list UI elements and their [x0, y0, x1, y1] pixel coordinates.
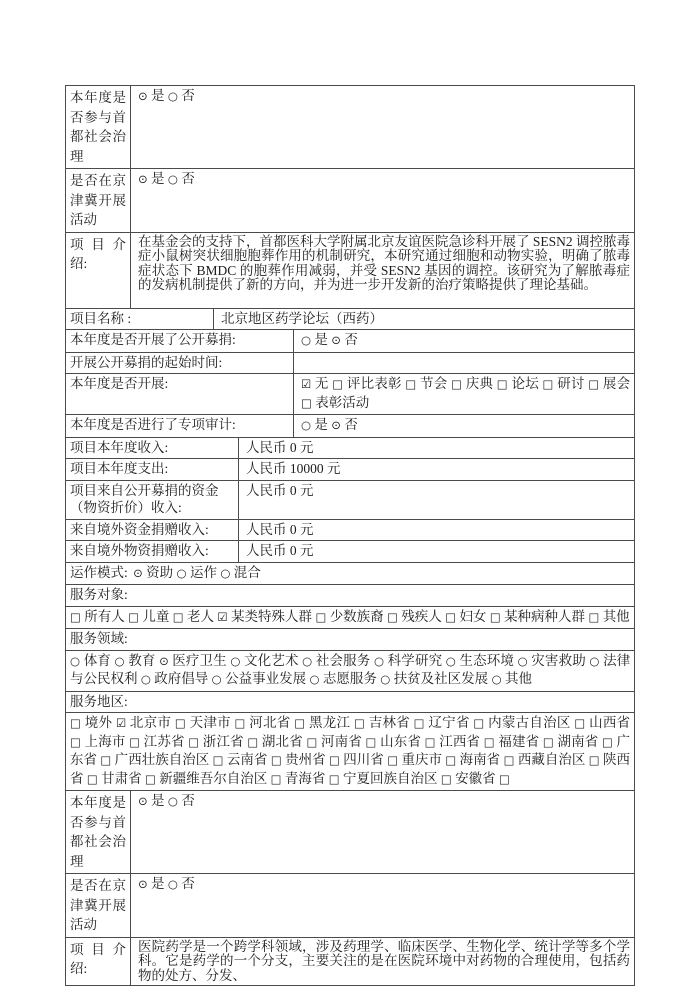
annual-expenditure-label: 项目本年度支出:	[66, 459, 239, 480]
capital-governance-1-option-1[interactable]: ○ 否	[168, 88, 195, 103]
radio-unselected-icon[interactable]: ○	[301, 418, 311, 432]
radio-unselected-icon[interactable]: ○	[374, 654, 384, 668]
project-name-value: 北京地区药学论坛（西药）	[214, 309, 634, 330]
radio-unselected-icon[interactable]: ○	[518, 654, 528, 668]
table-row-capital-governance-1: 本年度是否参与首都社会治理 ⊙ 是 ○ 否	[66, 86, 634, 168]
capital-governance-1-option-label-1: 否	[178, 88, 195, 103]
checkbox-unchecked-icon[interactable]: □	[271, 753, 282, 767]
jingjinji-activity-1-option-0[interactable]: ⊙ 是	[138, 171, 165, 186]
service-area-options-option-label-14: 山东省	[377, 734, 422, 749]
jingjinji-activity-2-label: 是否在京津冀开展活动	[66, 874, 131, 937]
table-row-overseas-fund-donation: 来自境外资金捐赠收入:人民币 0 元	[66, 519, 634, 541]
annual-income-label: 项目本年度收入:	[66, 438, 239, 459]
jingjinji-activity-1-option-label-0: 是	[148, 171, 165, 186]
public-fundraising-option-1[interactable]: ⊙ 否	[331, 332, 358, 347]
capital-governance-1-value: ⊙ 是 ○ 否	[131, 86, 634, 168]
service-field-options-option-label-10: 公益事业发展	[222, 671, 306, 686]
service-target-options-option-0[interactable]: □ 所有人	[70, 609, 125, 624]
service-target-label-cell: 服务对象:	[66, 585, 634, 606]
service-target-options-option-label-3: 某类特殊人群	[228, 609, 312, 624]
checkbox-unchecked-icon[interactable]: □	[70, 716, 81, 730]
service-area-options-option-label-11: 浙江省	[199, 734, 244, 749]
radio-selected-icon[interactable]: ⊙	[138, 172, 148, 186]
service-area-options-option-label-19: 广西壮族自治区	[111, 752, 209, 767]
service-target-options-option-4[interactable]: □ 少数族裔	[315, 609, 383, 624]
checkbox-unchecked-icon[interactable]: □	[445, 753, 456, 767]
annual-events-option-label-4: 论坛	[508, 376, 539, 391]
service-field-options-option-3[interactable]: ○ 文化艺术	[230, 653, 298, 668]
overseas-goods-donation-text: 人民币 0 元	[246, 543, 314, 558]
service-target-label-label: 服务对象:	[70, 587, 128, 602]
table-row-annual-income: 项目本年度收入:人民币 0 元	[66, 437, 634, 459]
service-field-options-option-5[interactable]: ○ 科学研究	[374, 653, 442, 668]
public-fundraising-option-label-0: 是	[311, 332, 328, 347]
special-audit-option-1[interactable]: ⊙ 否	[331, 417, 358, 432]
radio-unselected-icon[interactable]: ○	[177, 566, 187, 580]
service-area-options-option-label-27: 甘肃省	[98, 771, 142, 786]
checkbox-unchecked-icon[interactable]: □	[213, 753, 224, 767]
annual-income-value: 人民币 0 元	[239, 438, 634, 459]
checkbox-unchecked-icon[interactable]: □	[441, 772, 452, 786]
service-field-options-option-12[interactable]: ○ 扶贫及社区发展	[380, 671, 488, 686]
special-audit-label: 本年度是否进行了专项审计:	[66, 415, 294, 437]
annual-events-option-label-6: 展会	[599, 376, 630, 391]
annual-events-label: 本年度是否开展:	[66, 374, 294, 414]
service-target-options-option-label-7: 某种病种人群	[501, 609, 585, 624]
service-area-options-option-29[interactable]: □ 青海省	[271, 771, 326, 786]
checkbox-unchecked-icon[interactable]: □	[332, 377, 343, 391]
operation-mode-cell: 运作模式: ⊙ 资助 ○ 运作 ○ 混合	[66, 563, 634, 585]
service-area-label-label: 服务地区:	[70, 694, 128, 709]
checkbox-unchecked-icon[interactable]: □	[499, 772, 510, 786]
checkbox-checked-icon[interactable]: ☑	[217, 610, 227, 624]
service-area-options-cell: □ 境外 ☑ 北京市 □ 天津市 □ 河北省 □ 黑龙江 □ 吉林省 □ 辽宁省…	[66, 713, 634, 790]
radio-unselected-icon[interactable]: ○	[589, 654, 599, 668]
jingjinji-activity-2-option-0[interactable]: ⊙ 是	[138, 876, 165, 891]
service-field-options-option-7[interactable]: ○ 灾害救助	[518, 653, 586, 668]
service-field-options-option-label-6: 生态环境	[456, 653, 514, 668]
service-area-options-option-23[interactable]: □ 重庆市	[387, 752, 442, 767]
checkbox-checked-icon[interactable]: ☑	[301, 377, 311, 391]
checkbox-unchecked-icon[interactable]: □	[173, 610, 184, 624]
checkbox-unchecked-icon[interactable]: □	[445, 610, 456, 624]
radio-unselected-icon[interactable]: ○	[230, 654, 240, 668]
table-row-fundraising-start-time: 开展公开募捐的起始时间:	[66, 352, 634, 374]
service-field-options-option-label-7: 灾害救助	[528, 653, 586, 668]
checkbox-unchecked-icon[interactable]: □	[329, 753, 340, 767]
service-area-options-option-9[interactable]: □ 上海市	[70, 734, 126, 749]
overseas-fund-donation-value: 人民币 0 元	[239, 520, 634, 541]
checkbox-unchecked-icon[interactable]: □	[414, 716, 425, 730]
checkbox-unchecked-icon[interactable]: □	[473, 716, 484, 730]
service-field-options-option-13[interactable]: ○ 其他	[492, 671, 532, 686]
service-area-options-option-31[interactable]: □ 安徽省	[441, 771, 496, 786]
service-target-options-option-5[interactable]: □ 残疾人	[387, 609, 442, 624]
service-area-options-option-label-3: 河北省	[246, 715, 291, 730]
service-area-options-option-1[interactable]: ☑ 北京市	[116, 715, 171, 730]
radio-unselected-icon[interactable]: ○	[212, 672, 222, 686]
annual-events-option-1[interactable]: □ 评比表彰	[332, 376, 402, 391]
checkbox-unchecked-icon[interactable]: □	[543, 377, 554, 391]
annual-events-option-7[interactable]: □ 表彰活动	[301, 395, 369, 410]
service-area-options-option-19[interactable]: □ 广西壮族自治区	[100, 752, 209, 767]
table-row-project-intro-2: 项目介绍:医院药学是一个跨学科领域，涉及药理学、临床医学、生物化学、统计学等多个…	[66, 937, 634, 986]
service-target-options-option-label-5: 残疾人	[398, 609, 442, 624]
annual-events-option-label-2: 节会	[416, 376, 447, 391]
checkbox-unchecked-icon[interactable]: □	[129, 735, 140, 749]
service-area-options-option-17[interactable]: □ 湖南省	[543, 734, 599, 749]
service-target-options-option-label-4: 少数族裔	[326, 609, 383, 624]
checkbox-unchecked-icon[interactable]: □	[235, 716, 246, 730]
service-target-options-option-label-6: 妇女	[456, 609, 486, 624]
checkbox-unchecked-icon[interactable]: □	[387, 610, 398, 624]
service-area-options-option-label-6: 辽宁省	[425, 715, 470, 730]
annual-expenditure-text: 人民币 10000 元	[246, 461, 341, 476]
checkbox-unchecked-icon[interactable]: □	[588, 610, 599, 624]
overseas-goods-donation-label: 来自境外物资捐赠收入:	[66, 541, 239, 562]
checkbox-unchecked-icon[interactable]: □	[188, 735, 199, 749]
service-area-options-option-27[interactable]: □ 甘肃省	[87, 771, 142, 786]
project-intro-1-label: 项目介绍:	[66, 233, 131, 308]
project-intro-1-text: 在基金会的支持下，首都医科大学附属北京友谊医院急诊科开展了 SESN2 调控脓毒…	[138, 234, 630, 293]
service-target-options-option-2[interactable]: □ 老人	[173, 609, 214, 624]
annual-events-option-5[interactable]: □ 研讨	[543, 376, 585, 391]
radio-selected-icon[interactable]: ⊙	[138, 89, 148, 103]
service-area-options-option-21[interactable]: □ 贵州省	[271, 752, 326, 767]
service-area-options-option-22[interactable]: □ 四川省	[329, 752, 384, 767]
service-area-options-option-label-29: 青海省	[282, 771, 326, 786]
service-field-options-option-label-1: 教育	[125, 653, 156, 668]
jingjinji-activity-1-option-1[interactable]: ○ 否	[168, 171, 195, 186]
radio-unselected-icon[interactable]: ○	[380, 672, 390, 686]
table-row-public-fundraising-income: 项目来自公开募捐的资金（物资折价）收入:人民币 0 元	[66, 480, 634, 519]
service-area-options-option-14[interactable]: □ 山东省	[366, 734, 422, 749]
service-field-options-option-11[interactable]: ○ 志愿服务	[309, 671, 376, 686]
service-field-options-option-label-12: 扶贫及社区发展	[390, 671, 488, 686]
service-area-options-option-24[interactable]: □ 海南省	[445, 752, 500, 767]
checkbox-unchecked-icon[interactable]: □	[87, 772, 98, 786]
service-area-options-option-10[interactable]: □ 江苏省	[129, 734, 185, 749]
operation-mode-option-label-0: 资助	[143, 565, 173, 580]
table-row-service-area-label: 服务地区:	[66, 691, 634, 713]
checkbox-unchecked-icon[interactable]: □	[128, 610, 139, 624]
fundraising-start-time-label: 开展公开募捐的起始时间:	[66, 353, 294, 374]
checkbox-unchecked-icon[interactable]: □	[490, 610, 501, 624]
table-row-operation-mode: 运作模式: ⊙ 资助 ○ 运作 ○ 混合	[66, 562, 634, 585]
service-area-options-option-label-28: 新疆维吾尔自治区	[156, 771, 267, 786]
service-area-options-option-label-31: 安徽省	[452, 771, 496, 786]
checkbox-unchecked-icon[interactable]: □	[354, 716, 365, 730]
public-fundraising-value: ○ 是 ⊙ 否	[294, 330, 634, 352]
checkbox-unchecked-icon[interactable]: □	[405, 377, 416, 391]
checkbox-unchecked-icon[interactable]: □	[301, 396, 312, 410]
service-area-options-option-label-1: 北京市	[126, 715, 171, 730]
service-target-options-cell: □ 所有人 □ 儿童 □ 老人 ☑ 某类特殊人群 □ 少数族裔 □ 残疾人 □ …	[66, 607, 634, 629]
capital-governance-1-option-0[interactable]: ⊙ 是	[138, 88, 165, 103]
checkbox-unchecked-icon[interactable]: □	[497, 377, 508, 391]
service-area-options-option-label-21: 贵州省	[282, 752, 326, 767]
table-row-special-audit: 本年度是否进行了专项审计: ○ 是 ⊙ 否	[66, 414, 634, 437]
service-area-options-option-3[interactable]: □ 河北省	[235, 715, 291, 730]
service-area-options-option-label-15: 江西省	[436, 734, 481, 749]
table-row-overseas-goods-donation: 来自境外物资捐赠收入:人民币 0 元	[66, 540, 634, 562]
public-fundraising-option-label-1: 否	[341, 332, 358, 347]
service-field-options-option-9[interactable]: ○ 政府倡导	[141, 671, 208, 686]
service-target-options-option-6[interactable]: □ 妇女	[445, 609, 486, 624]
radio-unselected-icon[interactable]: ○	[446, 654, 456, 668]
form-table: 本年度是否参与首都社会治理 ⊙ 是 ○ 否是否在京津冀开展活动 ⊙ 是 ○ 否项…	[65, 85, 635, 986]
overseas-fund-donation-label: 来自境外资金捐赠收入:	[66, 520, 239, 541]
project-intro-2-label: 项目介绍:	[66, 938, 131, 986]
checkbox-unchecked-icon[interactable]: □	[294, 716, 305, 730]
annual-events-option-4[interactable]: □ 论坛	[497, 376, 539, 391]
checkbox-unchecked-icon[interactable]: □	[387, 753, 398, 767]
checkbox-unchecked-icon[interactable]: □	[451, 377, 462, 391]
service-field-options-option-label-5: 科学研究	[384, 653, 442, 668]
annual-events-option-label-3: 庆典	[462, 376, 493, 391]
service-target-options-option-3[interactable]: ☑ 某类特殊人群	[217, 609, 312, 624]
service-area-options-option-5[interactable]: □ 吉林省	[354, 715, 410, 730]
overseas-goods-donation-value: 人民币 0 元	[239, 541, 634, 562]
checkbox-unchecked-icon[interactable]: □	[574, 716, 585, 730]
service-area-label-cell: 服务地区:	[66, 692, 634, 713]
table-row-service-area-options: □ 境外 ☑ 北京市 □ 天津市 □ 河北省 □ 黑龙江 □ 吉林省 □ 辽宁省…	[66, 712, 634, 790]
service-area-options-option-2[interactable]: □ 天津市	[175, 715, 231, 730]
operation-mode-option-2[interactable]: ○ 混合	[220, 565, 260, 580]
service-area-options-option-8[interactable]: □ 山西省	[574, 715, 630, 730]
service-area-options-option-label-7: 内蒙古自治区	[484, 715, 570, 730]
jingjinji-activity-1-label: 是否在京津冀开展活动	[66, 169, 131, 232]
annual-events-option-3[interactable]: □ 庆典	[451, 376, 493, 391]
operation-mode-option-0[interactable]: ⊙ 资助	[133, 565, 173, 580]
service-area-options-option-20[interactable]: □ 云南省	[213, 752, 268, 767]
service-target-options-option-label-8: 其他	[599, 609, 629, 624]
service-area-options-option-6[interactable]: □ 辽宁省	[414, 715, 470, 730]
service-field-options-option-label-2: 医疗卫生	[169, 653, 227, 668]
radio-selected-icon[interactable]: ⊙	[138, 877, 148, 891]
public-fundraising-label: 本年度是否开展了公开募捐:	[66, 330, 294, 352]
special-audit-option-0[interactable]: ○ 是	[301, 417, 328, 432]
capital-governance-2-value: ⊙ 是 ○ 否	[131, 791, 634, 873]
capital-governance-2-option-label-1: 否	[178, 793, 195, 808]
service-area-options-option-label-20: 云南省	[224, 752, 268, 767]
checkbox-unchecked-icon[interactable]: □	[366, 735, 377, 749]
service-target-options-option-label-1: 儿童	[139, 609, 169, 624]
service-target-options-option-label-0: 所有人	[81, 609, 125, 624]
checkbox-unchecked-icon[interactable]: □	[271, 772, 282, 786]
annual-events-value: ☑ 无 □ 评比表彰 □ 节会 □ 庆典 □ 论坛 □ 研讨 □ 展会 □ 表彰…	[294, 374, 634, 414]
service-field-options-option-6[interactable]: ○ 生态环境	[446, 653, 514, 668]
service-field-options-option-10[interactable]: ○ 公益事业发展	[212, 671, 306, 686]
service-area-options-option-25[interactable]: □ 西藏自治区	[504, 752, 586, 767]
checkbox-unchecked-icon[interactable]: □	[306, 735, 317, 749]
service-target-options-option-8[interactable]: □ 其他	[588, 609, 629, 624]
table-row-project-intro-1: 项目介绍:在基金会的支持下，首都医科大学附属北京友谊医院急诊科开展了 SESN2…	[66, 232, 634, 308]
special-audit-option-label-0: 是	[311, 417, 328, 432]
service-area-options-option-13[interactable]: □ 河南省	[306, 734, 362, 749]
checkbox-unchecked-icon[interactable]: □	[425, 735, 436, 749]
jingjinji-activity-2-option-label-0: 是	[148, 876, 165, 891]
table-row-annual-expenditure: 项目本年度支出:人民币 10000 元	[66, 458, 634, 480]
service-field-options-option-2[interactable]: ⊙ 医疗卫生	[159, 653, 227, 668]
annual-events-option-label-1: 评比表彰	[343, 376, 401, 391]
radio-selected-icon[interactable]: ⊙	[138, 794, 148, 808]
service-area-options-option-15[interactable]: □ 江西省	[425, 734, 481, 749]
operation-mode-label: 运作模式:	[70, 565, 128, 580]
radio-unselected-icon[interactable]: ○	[168, 89, 178, 103]
table-row-service-field-label: 服务领域:	[66, 628, 634, 650]
checkbox-unchecked-icon[interactable]: □	[70, 610, 81, 624]
service-area-options-option-label-2: 天津市	[186, 715, 231, 730]
service-area-options-option-label-30: 宁夏回族自治区	[340, 771, 438, 786]
operation-mode-option-label-2: 混合	[230, 565, 260, 580]
radio-selected-icon[interactable]: ⊙	[159, 654, 169, 668]
radio-selected-icon[interactable]: ⊙	[331, 333, 341, 347]
checkbox-unchecked-icon[interactable]: □	[70, 735, 81, 749]
checkbox-unchecked-icon[interactable]: □	[145, 772, 156, 786]
radio-unselected-icon[interactable]: ○	[302, 654, 312, 668]
service-area-options-option-32[interactable]: □	[499, 771, 510, 786]
service-field-options-option-0[interactable]: ○ 体育	[70, 653, 111, 668]
radio-unselected-icon[interactable]: ○	[115, 654, 125, 668]
service-area-options-option-12[interactable]: □ 湖北省	[247, 734, 303, 749]
service-area-options-option-label-0: 境外	[81, 715, 112, 730]
annual-events-option-label-7: 表彰活动	[312, 395, 369, 410]
annual-events-option-0[interactable]: ☑ 无	[301, 376, 329, 391]
service-field-options-option-label-4: 社会服务	[312, 653, 370, 668]
checkbox-unchecked-icon[interactable]: □	[589, 753, 600, 767]
table-row-service-target-label: 服务对象:	[66, 584, 634, 606]
capital-governance-1-option-label-0: 是	[148, 88, 165, 103]
checkbox-unchecked-icon[interactable]: □	[543, 735, 554, 749]
service-area-options-option-label-5: 吉林省	[365, 715, 410, 730]
public-fundraising-option-0[interactable]: ○ 是	[301, 332, 328, 347]
service-area-options-option-label-13: 河南省	[317, 734, 362, 749]
project-name-label: 项目名称 :	[66, 309, 214, 330]
special-audit-option-label-1: 否	[341, 417, 358, 432]
special-audit-value: ○ 是 ⊙ 否	[294, 415, 634, 437]
service-area-options-option-28[interactable]: □ 新疆维吾尔自治区	[145, 771, 267, 786]
service-area-options-option-label-23: 重庆市	[398, 752, 442, 767]
table-row-public-fundraising: 本年度是否开展了公开募捐: ○ 是 ⊙ 否	[66, 329, 634, 352]
jingjinji-activity-2-value: ⊙ 是 ○ 否	[131, 874, 634, 937]
radio-unselected-icon[interactable]: ○	[301, 333, 311, 347]
table-row-jingjinji-activity-2: 是否在京津冀开展活动 ⊙ 是 ○ 否	[66, 873, 634, 937]
checkbox-checked-icon[interactable]: ☑	[116, 716, 126, 730]
annual-income-text: 人民币 0 元	[246, 440, 314, 455]
radio-selected-icon[interactable]: ⊙	[133, 566, 143, 580]
service-field-options-cell: ○ 体育 ○ 教育 ⊙ 医疗卫生 ○ 文化艺术 ○ 社会服务 ○ 科学研究 ○ …	[66, 651, 634, 691]
checkbox-unchecked-icon[interactable]: □	[315, 610, 326, 624]
radio-unselected-icon[interactable]: ○	[492, 672, 502, 686]
capital-governance-2-option-1[interactable]: ○ 否	[168, 793, 195, 808]
checkbox-unchecked-icon[interactable]: □	[484, 735, 495, 749]
project-intro-2-value: 医院药学是一个跨学科领域，涉及药理学、临床医学、生物化学、统计学等多个学科。它是…	[131, 938, 634, 986]
capital-governance-2-option-label-0: 是	[148, 793, 165, 808]
service-area-options-option-label-9: 上海市	[81, 734, 126, 749]
project-intro-1-value: 在基金会的支持下，首都医科大学附属北京友谊医院急诊科开展了 SESN2 调控脓毒…	[131, 233, 634, 308]
radio-unselected-icon[interactable]: ○	[168, 794, 178, 808]
service-area-options-option-7[interactable]: □ 内蒙古自治区	[473, 715, 570, 730]
service-target-options-option-7[interactable]: □ 某种病种人群	[490, 609, 585, 624]
table-row-service-target-options: □ 所有人 □ 儿童 □ 老人 ☑ 某类特殊人群 □ 少数族裔 □ 残疾人 □ …	[66, 606, 634, 629]
operation-mode-option-label-1: 运作	[187, 565, 217, 580]
capital-governance-2-label: 本年度是否参与首都社会治理	[66, 791, 131, 873]
service-area-options-option-label-12: 湖北省	[258, 734, 303, 749]
capital-governance-2-option-0[interactable]: ⊙ 是	[138, 793, 165, 808]
jingjinji-activity-2-option-1[interactable]: ○ 否	[168, 876, 195, 891]
document-page: 本年度是否参与首都社会治理 ⊙ 是 ○ 否是否在京津冀开展活动 ⊙ 是 ○ 否项…	[0, 0, 700, 989]
annual-events-option-label-5: 研讨	[554, 376, 585, 391]
checkbox-unchecked-icon[interactable]: □	[100, 753, 111, 767]
fundraising-start-time-value	[294, 353, 634, 374]
service-area-options-option-0[interactable]: □ 境外	[70, 715, 112, 730]
annual-events-option-6[interactable]: □ 展会	[588, 376, 630, 391]
public-fundraising-income-value: 人民币 0 元	[239, 481, 634, 519]
checkbox-unchecked-icon[interactable]: □	[588, 377, 599, 391]
service-target-options-option-1[interactable]: □ 儿童	[128, 609, 169, 624]
annual-expenditure-value: 人民币 10000 元	[239, 459, 634, 480]
service-area-options-option-16[interactable]: □ 福建省	[484, 734, 540, 749]
project-intro-2-text: 医院药学是一个跨学科领域，涉及药理学、临床医学、生物化学、统计学等多个学科。它是…	[138, 939, 630, 983]
service-field-options-option-label-11: 志愿服务	[320, 671, 377, 686]
radio-selected-icon[interactable]: ⊙	[331, 418, 341, 432]
checkbox-unchecked-icon[interactable]: □	[504, 753, 515, 767]
service-area-options-option-label-16: 福建省	[495, 734, 540, 749]
project-name-text: 北京地区药学论坛（西药）	[221, 311, 383, 326]
checkbox-unchecked-icon[interactable]: □	[247, 735, 258, 749]
operation-mode-option-1[interactable]: ○ 运作	[177, 565, 217, 580]
service-area-options-option-label-4: 黑龙江	[305, 715, 350, 730]
jingjinji-activity-2-option-label-1: 否	[178, 876, 195, 891]
radio-unselected-icon[interactable]: ○	[168, 877, 178, 891]
public-fundraising-income-label: 项目来自公开募捐的资金（物资折价）收入:	[66, 481, 239, 519]
service-field-options-option-1[interactable]: ○ 教育	[115, 653, 156, 668]
radio-unselected-icon[interactable]: ○	[70, 654, 80, 668]
checkbox-unchecked-icon[interactable]: □	[175, 716, 186, 730]
radio-unselected-icon[interactable]: ○	[309, 672, 319, 686]
service-area-options-option-label-10: 江苏省	[140, 734, 185, 749]
jingjinji-activity-1-option-label-1: 否	[178, 171, 195, 186]
overseas-fund-donation-text: 人民币 0 元	[246, 522, 314, 537]
service-field-options-option-label-13: 其他	[502, 671, 532, 686]
checkbox-unchecked-icon[interactable]: □	[602, 735, 613, 749]
jingjinji-activity-1-value: ⊙ 是 ○ 否	[131, 169, 634, 232]
radio-unselected-icon[interactable]: ○	[220, 566, 230, 580]
capital-governance-1-label: 本年度是否参与首都社会治理	[66, 86, 131, 168]
service-area-options-option-4[interactable]: □ 黑龙江	[294, 715, 350, 730]
service-field-label-cell: 服务领域:	[66, 629, 634, 650]
annual-events-option-2[interactable]: □ 节会	[405, 376, 447, 391]
table-row-annual-events: 本年度是否开展: ☑ 无 □ 评比表彰 □ 节会 □ 庆典 □ 论坛 □ 研讨 …	[66, 373, 634, 414]
table-row-service-field-options: ○ 体育 ○ 教育 ⊙ 医疗卫生 ○ 文化艺术 ○ 社会服务 ○ 科学研究 ○ …	[66, 650, 634, 691]
service-area-options-option-11[interactable]: □ 浙江省	[188, 734, 244, 749]
service-area-options-option-label-17: 湖南省	[554, 734, 599, 749]
radio-unselected-icon[interactable]: ○	[168, 172, 178, 186]
annual-events-option-label-0: 无	[311, 376, 328, 391]
table-row-jingjinji-activity-1: 是否在京津冀开展活动 ⊙ 是 ○ 否	[66, 168, 634, 232]
service-field-options-option-4[interactable]: ○ 社会服务	[302, 653, 370, 668]
service-area-options-option-label-8: 山西省	[585, 715, 630, 730]
table-row-project-name: 项目名称 :北京地区药学论坛（西药）	[66, 308, 634, 330]
service-field-options-option-label-3: 文化艺术	[241, 653, 299, 668]
service-field-options-option-label-9: 政府倡导	[151, 671, 208, 686]
checkbox-unchecked-icon[interactable]: □	[329, 772, 340, 786]
table-row-capital-governance-2: 本年度是否参与首都社会治理 ⊙ 是 ○ 否	[66, 790, 634, 873]
service-area-options-option-30[interactable]: □ 宁夏回族自治区	[329, 771, 438, 786]
public-fundraising-income-text: 人民币 0 元	[246, 483, 314, 498]
radio-unselected-icon[interactable]: ○	[141, 672, 151, 686]
